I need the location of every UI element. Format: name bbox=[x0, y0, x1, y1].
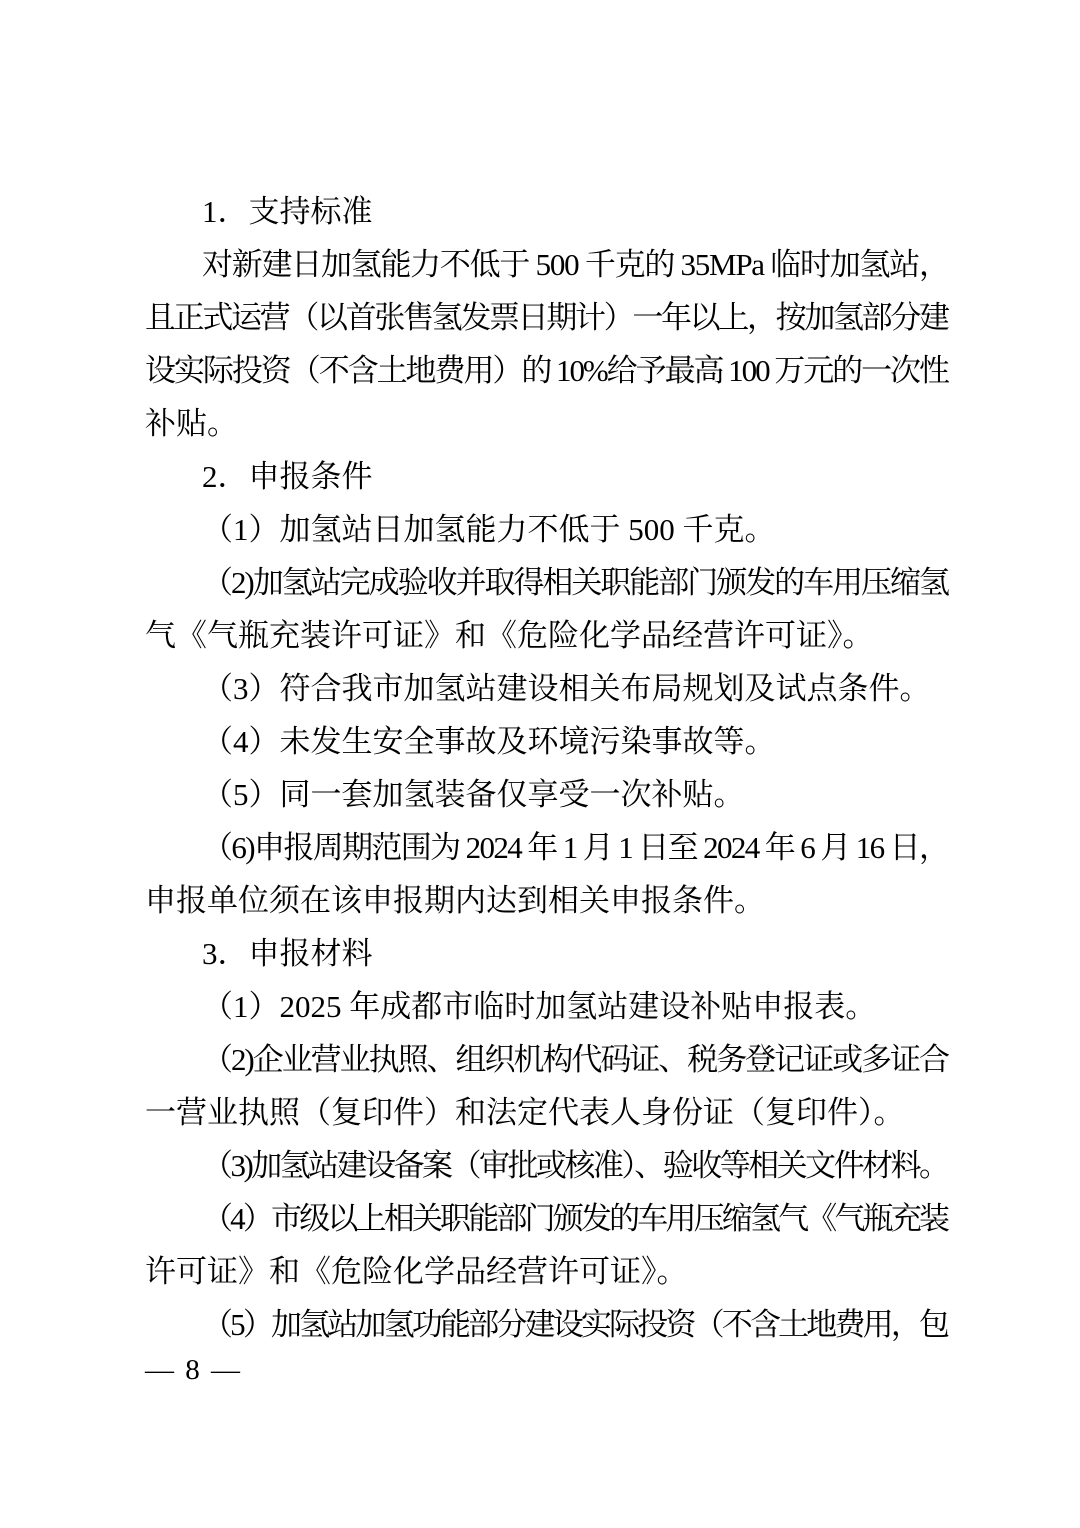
body-line-text: （3）符合我市加氢站建设相关布局规划及试点条件。 bbox=[202, 662, 931, 715]
body-line: （3)加氢站建设备案（审批或核准）、验收等相关文件材料。 bbox=[145, 1139, 950, 1192]
body-line: 对新建日加氢能力不低于 500 千克的 35MPa 临时加氢站， bbox=[145, 238, 950, 291]
body-line: 许可证》和《危险化学品经营许可证》。 bbox=[145, 1245, 950, 1298]
document-page: 1．支持标准 对新建日加氢能力不低于 500 千克的 35MPa 临时加氢站， … bbox=[0, 0, 1080, 1528]
body-line-text: 申报单位须在该申报期内达到相关申报条件。 bbox=[145, 874, 765, 927]
body-line-text: （6)申报周期范围为 2024 年 1 月 1 日至 2024 年 6 月 16… bbox=[202, 821, 948, 874]
heading-text: 3．申报材料 bbox=[202, 927, 373, 980]
body-line-text: （4）市级以上相关职能部门颁发的车用压缩氢气《气瓶充装 bbox=[202, 1192, 947, 1245]
body-line-text: 气《气瓶充装许可证》和《危险化学品经营许可证》。 bbox=[145, 609, 874, 662]
body-line: （2)加氢站完成验收并取得相关职能部门颁发的车用压缩氢 bbox=[145, 556, 950, 609]
body-line-text: （2)加氢站完成验收并取得相关职能部门颁发的车用压缩氢 bbox=[202, 556, 948, 609]
body-line: （1）2025 年成都市临时加氢站建设补贴申报表。 bbox=[145, 980, 950, 1033]
body-line: 气《气瓶充装许可证》和《危险化学品经营许可证》。 bbox=[145, 609, 950, 662]
body-line-text: （5）同一套加氢装备仅享受一次补贴。 bbox=[202, 768, 745, 821]
body-line-text: （1）2025 年成都市临时加氢站建设补贴申报表。 bbox=[202, 980, 876, 1033]
body-line-text: 补贴。 bbox=[145, 397, 238, 450]
body-line-text: 且正式运营（以首张售氢发票日期计）一年以上，按加氢部分建 bbox=[145, 291, 948, 344]
body-line-text: （2)企业营业执照、组织机构代码证、税务登记证或多证合 bbox=[202, 1033, 948, 1086]
body-line: （2)企业营业执照、组织机构代码证、税务登记证或多证合 bbox=[145, 1033, 950, 1086]
body-line: （4）市级以上相关职能部门颁发的车用压缩氢气《气瓶充装 bbox=[145, 1192, 950, 1245]
body-line-text: 设实际投资（不含土地费用）的 10%给予最高 100 万元的一次性 bbox=[145, 344, 948, 397]
body-line-text: 许可证》和《危险化学品经营许可证》。 bbox=[145, 1245, 688, 1298]
body-line: 设实际投资（不含土地费用）的 10%给予最高 100 万元的一次性 bbox=[145, 344, 950, 397]
body-line: （5）同一套加氢装备仅享受一次补贴。 bbox=[145, 768, 950, 821]
section-2-heading: 2．申报条件 bbox=[145, 450, 950, 503]
body-line: （3）符合我市加氢站建设相关布局规划及试点条件。 bbox=[145, 662, 950, 715]
section-3-heading: 3．申报材料 bbox=[145, 927, 950, 980]
heading-text: 2．申报条件 bbox=[202, 450, 373, 503]
body-line-text: 一营业执照（复印件）和法定代表人身份证（复印件）。 bbox=[145, 1086, 905, 1139]
body-line-text: （5）加氢站加氢功能部分建设实际投资（不含土地费用，包 bbox=[202, 1298, 947, 1351]
body-line: （1）加氢站日加氢能力不低于 500 千克。 bbox=[145, 503, 950, 556]
body-line: 一营业执照（复印件）和法定代表人身份证（复印件）。 bbox=[145, 1086, 950, 1139]
body-line-text: 对新建日加氢能力不低于 500 千克的 35MPa 临时加氢站， bbox=[202, 238, 949, 291]
body-line: （6)申报周期范围为 2024 年 1 月 1 日至 2024 年 6 月 16… bbox=[145, 821, 950, 874]
page-number: — 8 — bbox=[145, 1352, 242, 1388]
body-line-text: （1）加氢站日加氢能力不低于 500 千克。 bbox=[202, 503, 776, 556]
body-line: 补贴。 bbox=[145, 397, 950, 450]
document-body: 1．支持标准 对新建日加氢能力不低于 500 千克的 35MPa 临时加氢站， … bbox=[145, 185, 950, 1351]
body-line: 且正式运营（以首张售氢发票日期计）一年以上，按加氢部分建 bbox=[145, 291, 950, 344]
body-line: （4）未发生安全事故及环境污染事故等。 bbox=[145, 715, 950, 768]
body-line: （5）加氢站加氢功能部分建设实际投资（不含土地费用，包 bbox=[145, 1298, 950, 1351]
body-line-text: （4）未发生安全事故及环境污染事故等。 bbox=[202, 715, 776, 768]
heading-text: 1．支持标准 bbox=[202, 185, 373, 238]
body-line: 申报单位须在该申报期内达到相关申报条件。 bbox=[145, 874, 950, 927]
section-1-heading: 1．支持标准 bbox=[145, 185, 950, 238]
body-line-text: （3)加氢站建设备案（审批或核准）、验收等相关文件材料。 bbox=[202, 1139, 947, 1192]
